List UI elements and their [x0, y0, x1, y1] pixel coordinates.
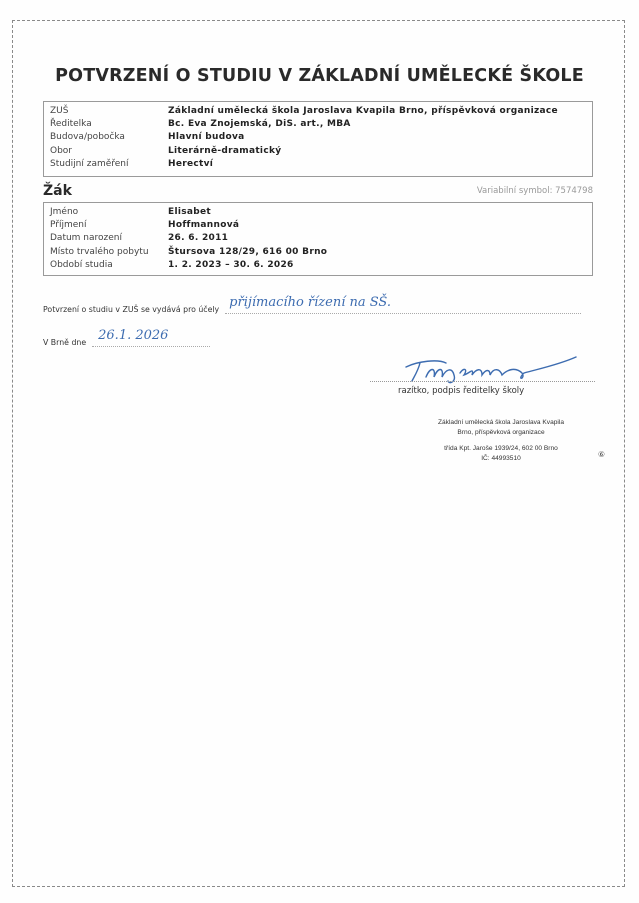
purpose-label: Potvrzení o studiu v ZUŠ se vydává pro ú…: [43, 305, 219, 314]
stamp-line: IČ: 44993510: [406, 454, 596, 464]
student-row: Místo trvalého pobytuŠtursova 128/29, 61…: [50, 246, 586, 259]
document-title: POTVRZENÍ O STUDIU V ZÁKLADNÍ UMĚLECKÉ Š…: [0, 66, 639, 86]
school-row: Studijní zaměřeníHerectví: [50, 158, 586, 171]
row-label: Jméno: [50, 206, 168, 219]
variable-symbol: Variabilní symbol: 7574798: [477, 186, 593, 196]
student-heading: Žák: [43, 183, 72, 199]
school-row: Budova/pobočkaHlavní budova: [50, 131, 586, 144]
date-line: V Brně dne 26.1. 2026: [43, 328, 210, 347]
signature-line: [370, 381, 595, 382]
row-value: Hoffmannová: [168, 219, 239, 232]
student-row: PříjmeníHoffmannová: [50, 219, 586, 232]
school-stamp: Základní umělecká škola Jaroslava Kvapil…: [406, 418, 596, 464]
row-label: Budova/pobočka: [50, 131, 168, 144]
row-value: Literárně-dramatický: [168, 145, 281, 158]
school-row: ZUŠZákladní umělecká škola Jaroslava Kva…: [50, 105, 586, 118]
row-value: 1. 2. 2023 – 30. 6. 2026: [168, 259, 294, 272]
stamp-line: Základní umělecká škola Jaroslava Kvapil…: [406, 418, 596, 428]
row-label: Studijní zaměření: [50, 158, 168, 171]
row-value: Štursova 128/29, 616 00 Brno: [168, 246, 327, 259]
row-value: Bc. Eva Znojemská, DiS. art., MBA: [168, 118, 351, 131]
row-label: Místo trvalého pobytu: [50, 246, 168, 259]
row-value: 26. 6. 2011: [168, 232, 228, 245]
student-info-box: JménoElisabet PříjmeníHoffmannová Datum …: [43, 202, 593, 276]
signature-caption: razítko, podpis ředitelky školy: [398, 386, 524, 396]
school-row: ŘeditelkaBc. Eva Znojemská, DiS. art., M…: [50, 118, 586, 131]
row-value: Elisabet: [168, 206, 211, 219]
school-info-box: ZUŠZákladní umělecká škola Jaroslava Kva…: [43, 101, 593, 177]
date-handwriting: 26.1. 2026: [98, 328, 168, 343]
row-label: Příjmení: [50, 219, 168, 232]
purpose-field: přijímacího řízení na SŠ.: [225, 295, 581, 314]
row-label: Datum narození: [50, 232, 168, 245]
date-field: 26.1. 2026: [92, 328, 210, 347]
row-label: Ředitelka: [50, 118, 168, 131]
row-value: Hlavní budova: [168, 131, 245, 144]
student-row: JménoElisabet: [50, 206, 586, 219]
purpose-handwriting: přijímacího řízení na SŠ.: [229, 295, 391, 310]
student-row: Datum narození26. 6. 2011: [50, 232, 586, 245]
stamp-line: Brno, příspěvková organizace: [406, 428, 596, 438]
student-row: Období studia1. 2. 2023 – 30. 6. 2026: [50, 259, 586, 272]
stamp-number-icon: ⑥: [598, 450, 605, 459]
date-label: V Brně dne: [43, 338, 86, 347]
row-value: Základní umělecká škola Jaroslava Kvapil…: [168, 105, 558, 118]
row-value: Herectví: [168, 158, 213, 171]
school-row: OborLiterárně-dramatický: [50, 145, 586, 158]
row-label: Období studia: [50, 259, 168, 272]
row-label: ZUŠ: [50, 105, 168, 118]
purpose-line: Potvrzení o studiu v ZUŠ se vydává pro ú…: [43, 295, 581, 314]
row-label: Obor: [50, 145, 168, 158]
stamp-line: třída Kpt. Jaroše 1939/24, 602 00 Brno: [406, 444, 596, 454]
